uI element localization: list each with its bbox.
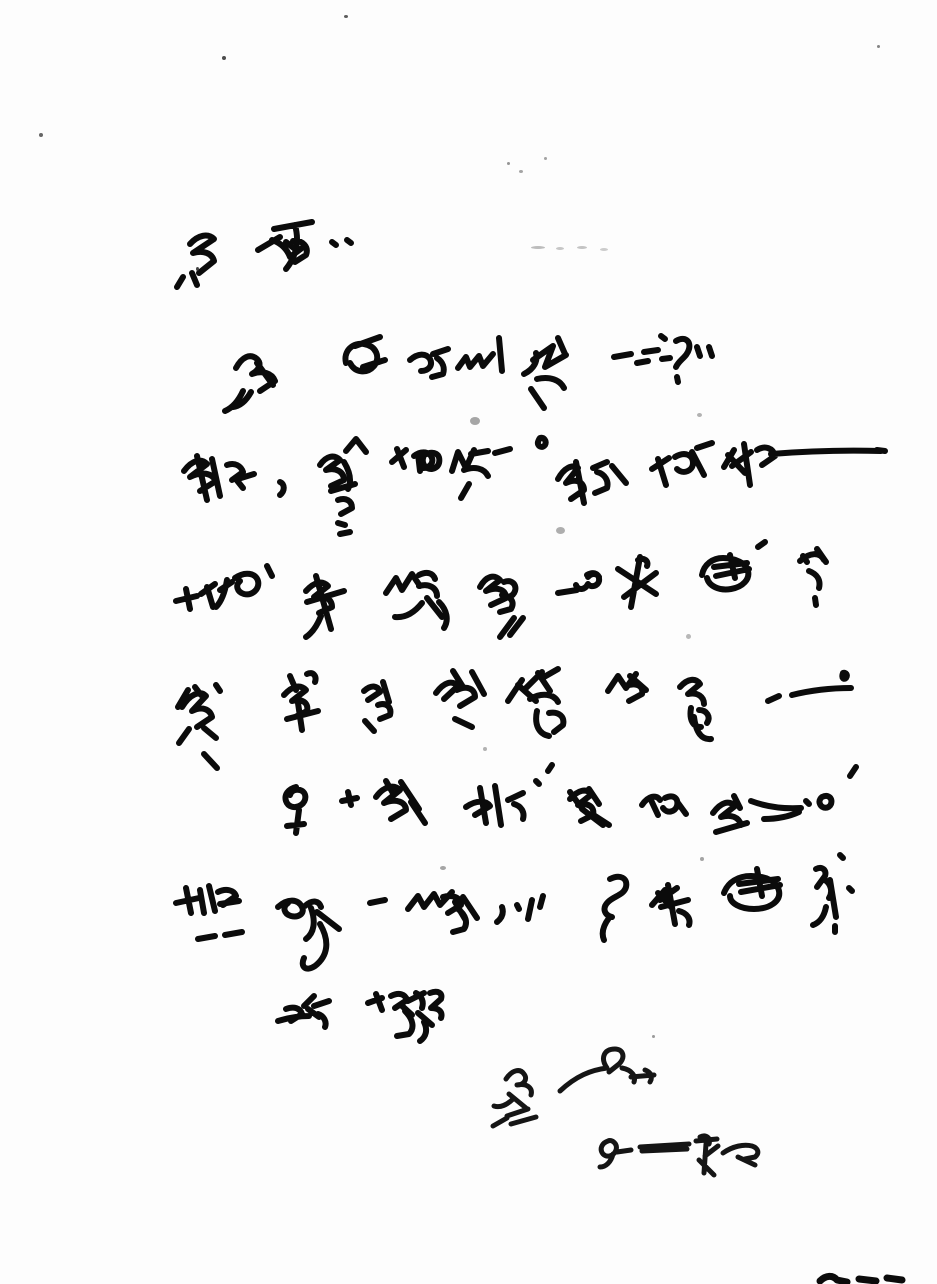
handwriting-layer <box>0 0 937 1284</box>
signature-line-1 <box>493 1049 654 1126</box>
handwriting-body-line-1 <box>225 336 712 411</box>
handwriting-body-line-3 <box>176 542 826 637</box>
scanned-page <box>0 0 937 1284</box>
handwriting-body-line-6 <box>176 855 852 969</box>
handwriting-closing-line <box>278 992 442 1041</box>
handwriting-opening-marks <box>177 222 351 287</box>
handwriting-body-line-4 <box>178 669 851 768</box>
handwriting-body-line-5 <box>285 765 856 833</box>
page-edge-marks <box>820 1276 902 1282</box>
handwriting-body-line-2 <box>184 438 885 534</box>
signature-line-2 <box>600 1136 758 1175</box>
